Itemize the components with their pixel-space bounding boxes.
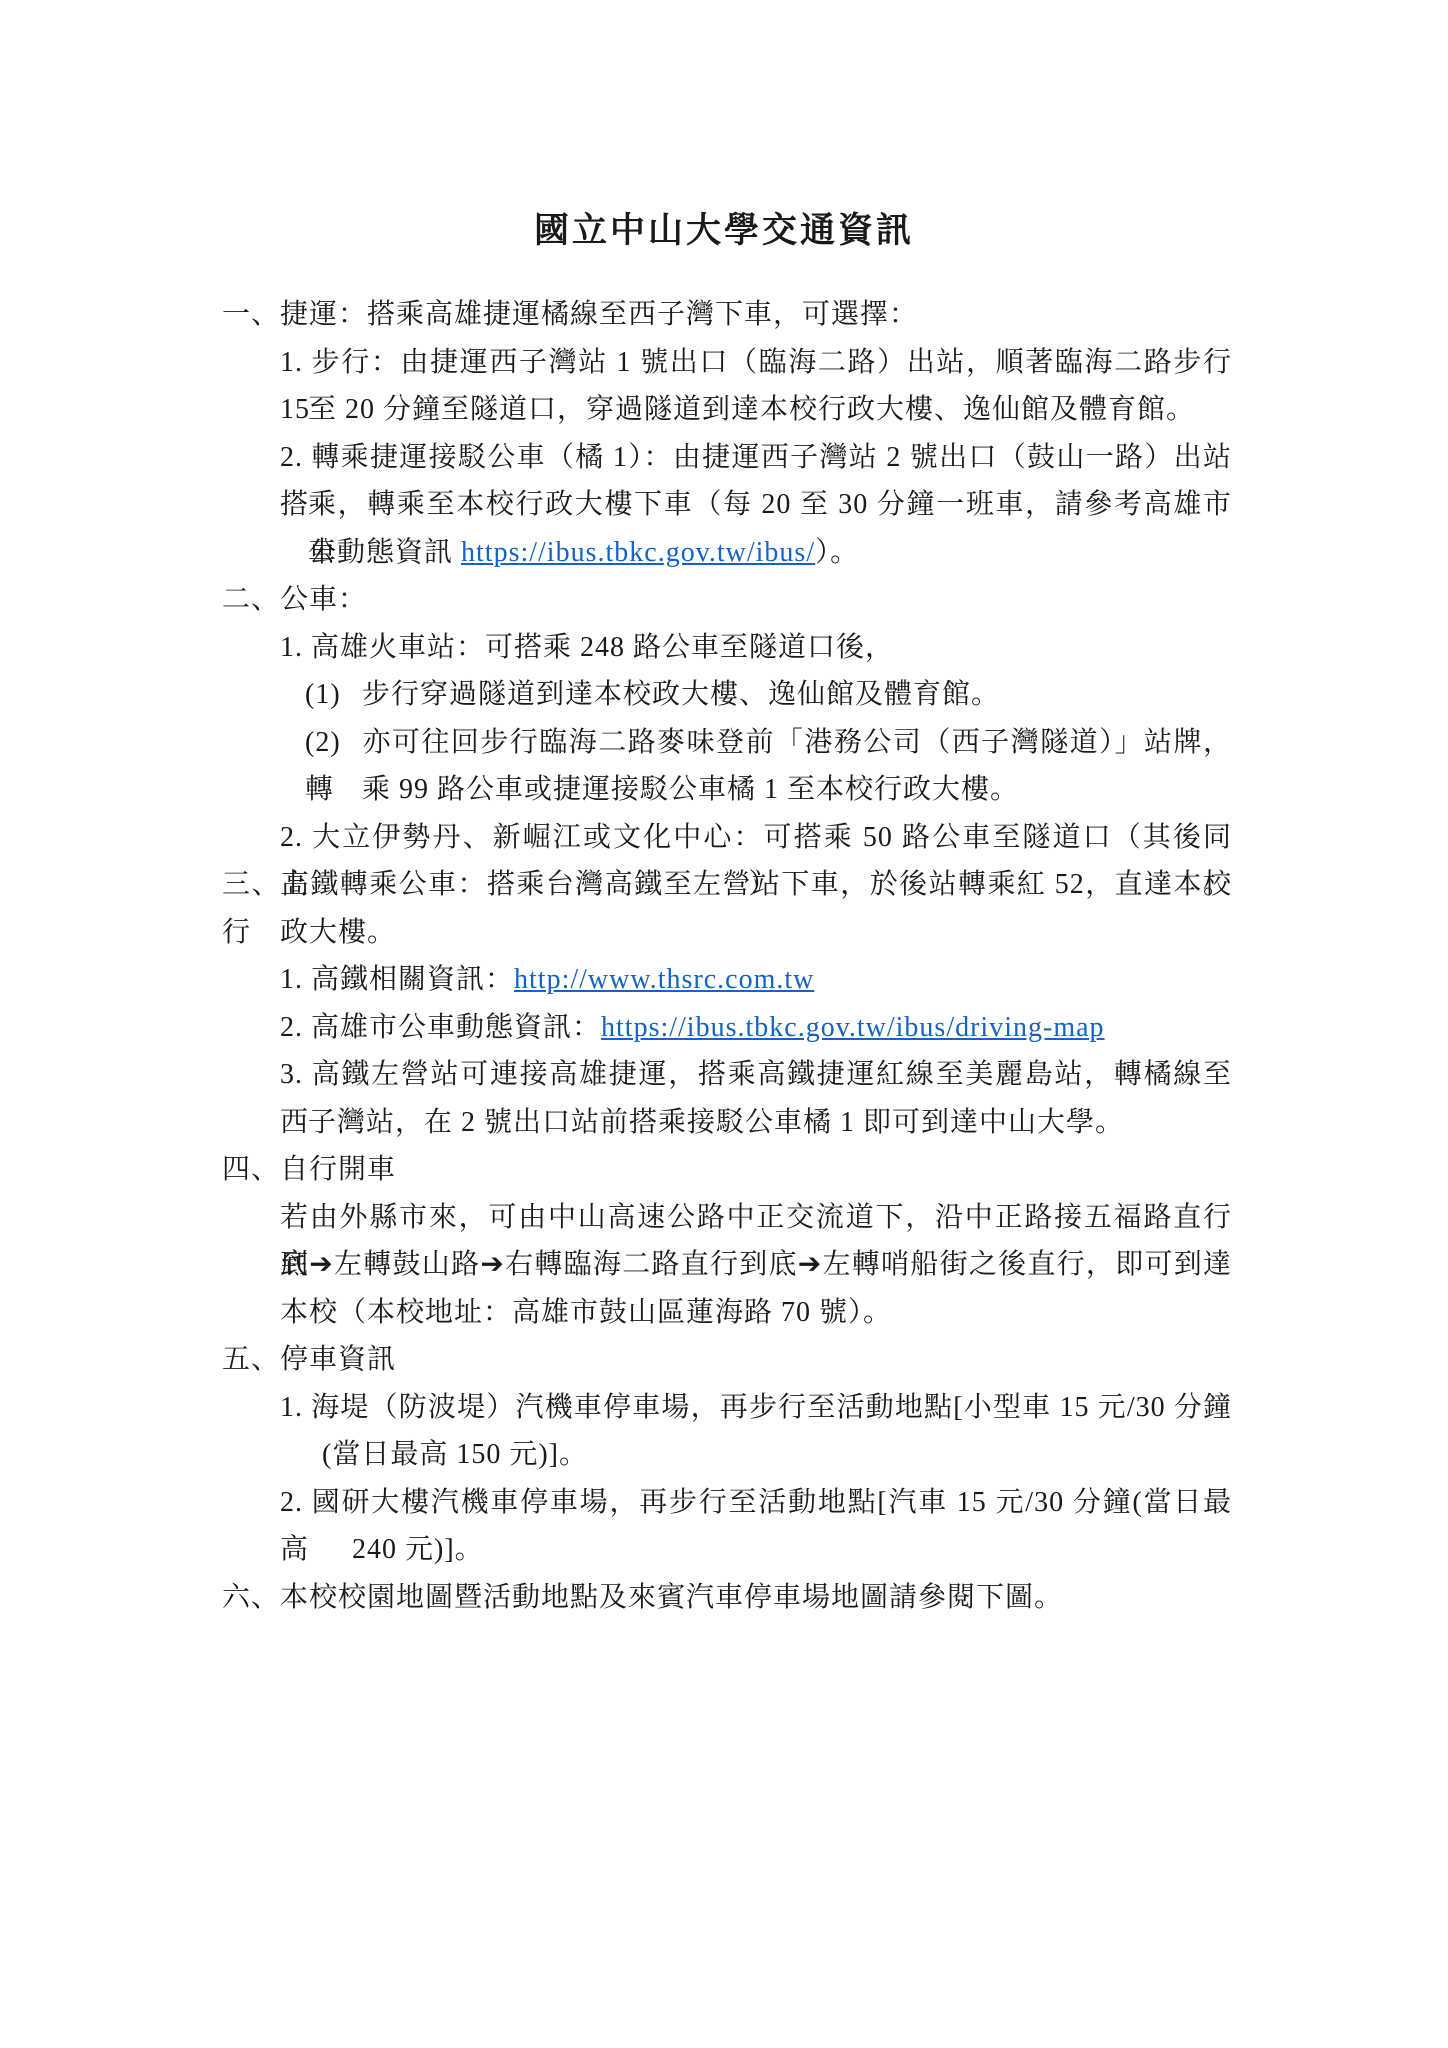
doc-line: 1. 高雄火車站：可搭乘 248 路公車至隧道口後， (222, 624, 1232, 672)
link-ibus-driving-map[interactable]: https://ibus.tbkc.gov.tw/ibus/driving-ma… (601, 1012, 1105, 1043)
doc-line: 1. 高鐵相關資訊：http://www.thsrc.com.tw (222, 956, 1232, 1004)
doc-line: 240 元)]。 (222, 1526, 1232, 1574)
doc-line: 2. 大立伊勢丹、新崛江或文化中心：可搭乘 50 路公車至隧道口（其後同上）。 (222, 814, 1232, 862)
doc-line: 政大樓。 (222, 909, 1232, 957)
doc-line: 子灣站，在 2 號出口站前搭乘接駁公車橘 1 即可到達中山大學。 (222, 1099, 1232, 1147)
document-body: 一、捷運：搭乘高雄捷運橘線至西子灣下車，可選擇： 1. 步行：由捷運西子灣站 1… (222, 291, 1232, 1621)
doc-line: (1)步行穿過隧道到達本校政大樓、逸仙館及體育館。 (222, 671, 1232, 719)
line-text: 2. 高雄市公車動態資訊： (280, 1012, 601, 1043)
doc-line: 2. 轉乘捷運接駁公車（橘 1）：由捷運西子灣站 2 號出口（鼓山一路）出站搭 (222, 434, 1232, 482)
doc-line: (2)亦可往回步行臨海二路麥味登前「港務公司（西子灣隧道）」站牌，轉 (222, 719, 1232, 767)
line-text: ）。 (815, 537, 859, 568)
line-text: 步行穿過隧道到達本校政大樓、逸仙館及體育館。 (362, 679, 1000, 710)
line-text: 1. 高鐵相關資訊： (280, 964, 514, 995)
doc-line: 若由外縣市來，可由中山高速公路中正交流道下，沿中正路接五福路直行到 (222, 1194, 1232, 1242)
doc-line: 乘，轉乘至本校行政大樓下車（每 20 至 30 分鐘一班車，請參考高雄市公 (222, 481, 1232, 529)
doc-line: 六、本校校園地圖暨活動地點及來賓汽車停車場地圖請參閱下圖。 (222, 1574, 1232, 1622)
link-thsrc[interactable]: http://www.thsrc.com.tw (514, 964, 814, 995)
page-title: 國立中山大學交通資訊 (0, 203, 1448, 253)
document-page: 國立中山大學交通資訊 一、捷運：搭乘高雄捷運橘線至西子灣下車，可選擇： 1. 步… (0, 0, 1448, 2048)
doc-line: 車動態資訊 https://ibus.tbkc.gov.tw/ibus/）。 (222, 529, 1232, 577)
doc-line: 本校（本校地址：高雄市鼓山區蓮海路 70 號）。 (222, 1289, 1232, 1337)
doc-line: 1. 海堤（防波堤）汽機車停車場，再步行至活動地點[小型車 15 元/30 分鐘 (222, 1384, 1232, 1432)
doc-line: 一、捷運：搭乘高雄捷運橘線至西子灣下車，可選擇： (222, 291, 1232, 339)
doc-line: 五、停車資訊 (222, 1336, 1232, 1384)
doc-line: 2. 國研大樓汽機車停車場，再步行至活動地點[汽車 15 元/30 分鐘(當日最… (222, 1479, 1232, 1527)
doc-line: 1. 步行：由捷運西子灣站 1 號出口（臨海二路）出站，順著臨海二路步行 15 (222, 339, 1232, 387)
doc-line: 四、自行開車 (222, 1146, 1232, 1194)
doc-line: (當日最高 150 元)]。 (222, 1431, 1232, 1479)
doc-line: 至 20 分鐘至隧道口，穿過隧道到達本校行政大樓、逸仙館及體育館。 (222, 386, 1232, 434)
list-marker: (2) (305, 719, 362, 767)
doc-line: 底➔左轉鼓山路➔右轉臨海二路直行到底➔左轉哨船街之後直行，即可到達 (222, 1241, 1232, 1289)
doc-line: 二、公車： (222, 576, 1232, 624)
line-text: 車動態資訊 (308, 537, 461, 568)
list-marker: (1) (305, 671, 362, 719)
doc-line: 2. 高雄市公車動態資訊：https://ibus.tbkc.gov.tw/ib… (222, 1004, 1232, 1052)
doc-line: 三、高鐵轉乘公車：搭乘台灣高鐵至左營站下車，於後站轉乘紅 52，直達本校行 (222, 861, 1232, 909)
doc-line: 乘 99 路公車或捷運接駁公車橘 1 至本校行政大樓。 (222, 766, 1232, 814)
link-kaohsiung-ibus[interactable]: https://ibus.tbkc.gov.tw/ibus/ (461, 537, 815, 568)
doc-line: 3. 高鐵左營站可連接高雄捷運，搭乘高鐵捷運紅線至美麗島站，轉橘線至西 (222, 1051, 1232, 1099)
